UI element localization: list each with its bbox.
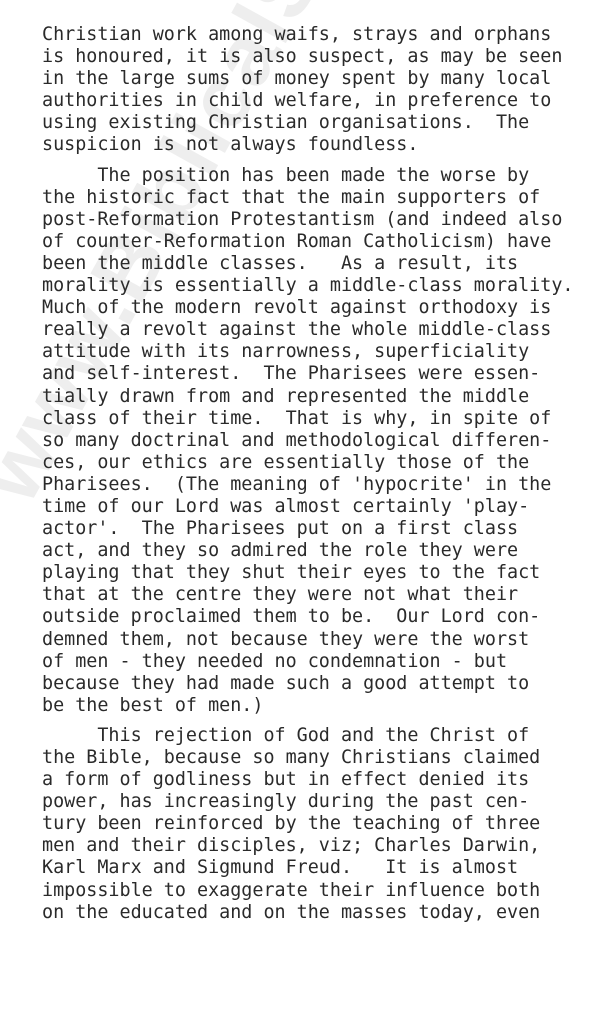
text-line: the Bible, because so many Christians cl… [42, 747, 573, 769]
text-line: suspicion is not always foundless. [42, 134, 573, 156]
text-line: and self-interest. The Pharisees were es… [42, 363, 573, 385]
text-line: be the best of men.) [42, 695, 573, 717]
text-line: power, has increasingly during the past … [42, 791, 573, 813]
text-line: men and their disciples, viz; Charles Da… [42, 835, 573, 857]
text-line: tially drawn from and represented the mi… [42, 386, 573, 408]
text-line: because they had made such a good attemp… [42, 673, 573, 695]
text-line: time of our Lord was almost certainly 'p… [42, 496, 573, 518]
text-line: of men - they needed no condemnation - b… [42, 651, 573, 673]
text-line: attitude with its narrowness, superficia… [42, 341, 573, 363]
text-line: post-Reformation Protestantism (and inde… [42, 209, 573, 231]
text-line: class of their time. That is why, in spi… [42, 408, 573, 430]
text-line: outside proclaimed them to be. Our Lord … [42, 606, 573, 628]
text-line: using existing Christian organisations. … [42, 112, 573, 134]
text-line: Karl Marx and Sigmund Freud. It is almos… [42, 857, 573, 879]
text-line: tury been reinforced by the teaching of … [42, 813, 573, 835]
text-line: in the large sums of money spent by many… [42, 68, 573, 90]
text-line: the historic fact that the main supporte… [42, 187, 573, 209]
text-line: demned them, not because they were the w… [42, 629, 573, 651]
text-line: that at the centre they were not what th… [42, 584, 573, 606]
text-line: ces, our ethics are essentially those of… [42, 452, 573, 474]
text-line: been the middle classes. As a result, it… [42, 253, 573, 275]
text-line: a form of godliness but in effect denied… [42, 769, 573, 791]
text-line: really a revolt against the whole middle… [42, 319, 573, 341]
paragraph: This rejection of God and the Christ oft… [42, 725, 573, 924]
text-line: is honoured, it is also suspect, as may … [42, 46, 573, 68]
text-line: act, and they so admired the role they w… [42, 540, 573, 562]
document-page: www.BiblicalStudies.org Christian work a… [0, 0, 600, 1029]
text-line: Pharisees. (The meaning of 'hypocrite' i… [42, 474, 573, 496]
text-line: impossible to exaggerate their influence… [42, 880, 573, 902]
text-line: actor'. The Pharisees put on a first cla… [42, 518, 573, 540]
text-line: The position has been made the worse by [42, 165, 573, 187]
paragraph: The position has been made the worse byt… [42, 165, 573, 717]
document-body: Christian work among waifs, strays and o… [42, 24, 573, 932]
text-line: on the educated and on the masses today,… [42, 902, 573, 924]
paragraph: Christian work among waifs, strays and o… [42, 24, 573, 157]
text-line: of counter-Reformation Roman Catholicism… [42, 231, 573, 253]
text-line: Much of the modern revolt against orthod… [42, 297, 573, 319]
text-line: authorities in child welfare, in prefere… [42, 90, 573, 112]
text-line: playing that they shut their eyes to the… [42, 562, 573, 584]
text-line: morality is essentially a middle-class m… [42, 275, 573, 297]
text-line: This rejection of God and the Christ of [42, 725, 573, 747]
text-line: so many doctrinal and methodological dif… [42, 430, 573, 452]
text-line: Christian work among waifs, strays and o… [42, 24, 573, 46]
